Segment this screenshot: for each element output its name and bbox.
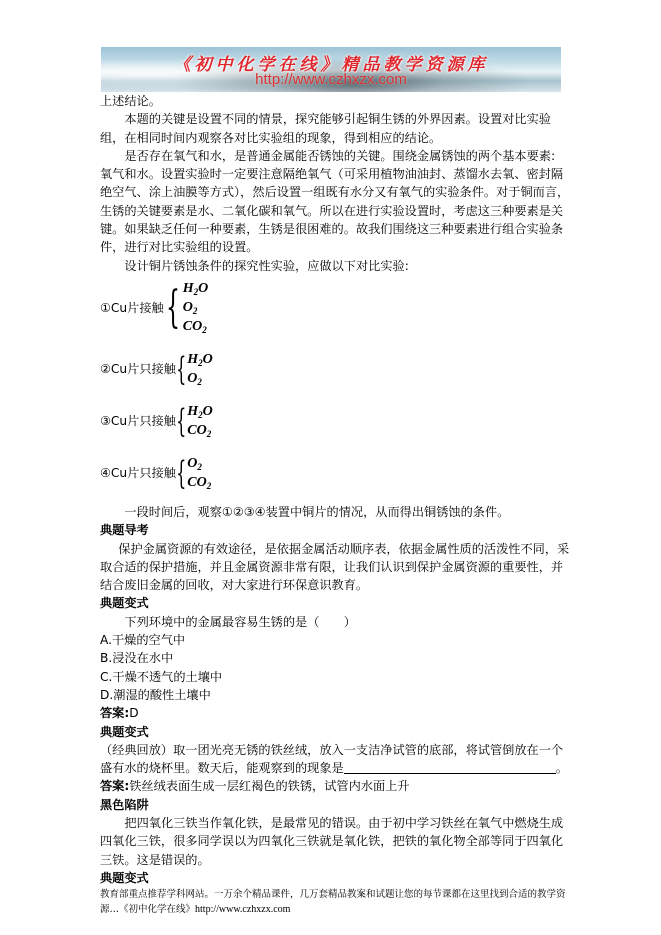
section-heading: 黑色陷阱 xyxy=(100,796,570,814)
chem-list: O2 CO2 xyxy=(187,454,211,492)
site-banner: 《初中化学在线》精品教学资源库 http://www.czhxzx.com xyxy=(101,47,561,92)
question-stem: （经典回放）取一团光亮无锈的铁丝绒，放入一支洁净试管的底部，将试管倒放在一个盛有… xyxy=(100,741,570,778)
paragraph: 上述结论。 xyxy=(100,92,570,110)
paragraph: 设计铜片锈蚀条件的探究性实验，应做以下对比实验: xyxy=(100,257,570,275)
footer-url[interactable]: http://www.czhxzx.com xyxy=(195,904,290,915)
paragraph: 是否存在氧气和水，是普通金属能否锈蚀的关键。围绕金属锈蚀的两个基本要素: 氧气和… xyxy=(100,147,570,257)
document-body: 上述结论。 本题的关键是设置不同的情景，探究能够引起铜生锈的外界因素。设置对比实… xyxy=(100,92,570,917)
experiment-4: ④Cu片只接触 { O2 CO2 xyxy=(100,453,570,493)
answer-value: 铁丝绒表面生成一层红褐色的铁锈，试管内水面上升 xyxy=(129,779,409,793)
chem-formula: H2O xyxy=(187,350,213,369)
chem-formula: H2O xyxy=(183,279,209,298)
section-heading: 典题变式 xyxy=(100,594,570,612)
chem-list: H2O CO2 xyxy=(187,402,213,440)
chem-formula: CO2 xyxy=(183,317,209,336)
chem-formula: O2 xyxy=(183,298,209,317)
chem-list: H2O O2 CO2 xyxy=(183,279,209,336)
answer-line: 答案:铁丝绒表面生成一层红褐色的铁锈，试管内水面上升 xyxy=(100,777,570,795)
chem-formula: CO2 xyxy=(187,473,211,492)
experiment-label: ①Cu片接触 xyxy=(100,299,164,317)
footer-note: 教育部重点推荐学科网站。一万余个精品课件，几万套精品教案和试题让您的每节课都在这… xyxy=(100,887,570,917)
experiment-1: ①Cu片接触 { H2O O2 CO2 xyxy=(100,279,570,337)
chem-formula: O2 xyxy=(187,369,213,388)
paragraph: 保护金属资源的有效途径，是依据金属活动顺序表，依据金属性质的活泼性不同，采取合适… xyxy=(100,540,570,595)
chem-formula: O2 xyxy=(187,454,211,473)
option-c: C.干燥不透气的土壤中 xyxy=(100,668,570,686)
paragraph: 一段时间后，观察①②③④装置中铜片的情况，从而得出铜锈蚀的条件。 xyxy=(100,503,570,521)
answer-label: 答案: xyxy=(100,779,129,793)
answer-blank xyxy=(344,761,556,774)
experiment-3: ③Cu片只接触 { H2O CO2 xyxy=(100,401,570,441)
option-b: B.浸没在水中 xyxy=(100,649,570,667)
paragraph: 本题的关键是设置不同的情景，探究能够引起铜生锈的外界因素。设置对比实验组，在相同… xyxy=(100,110,570,147)
chem-list: H2O O2 xyxy=(187,350,213,388)
left-brace-icon: { xyxy=(166,286,180,330)
left-brace-icon: { xyxy=(176,353,186,385)
banner-url[interactable]: http://www.czhxzx.com xyxy=(101,71,561,88)
question-stem: 下列环境中的金属最容易生锈的是（ ） xyxy=(100,613,570,631)
answer-value: D xyxy=(129,706,138,720)
experiment-label: ③Cu片只接触 xyxy=(100,412,176,430)
option-d: D.潮湿的酸性土壤中 xyxy=(100,686,570,704)
experiment-label: ④Cu片只接触 xyxy=(100,464,176,482)
answer-label: 答案: xyxy=(100,706,129,720)
section-heading: 典题导考 xyxy=(100,521,570,539)
option-a: A.干燥的空气中 xyxy=(100,631,570,649)
paragraph: 把四氧化三铁当作氧化铁，是最常见的错误。由于初中学习铁丝在氧气中燃烧生成四氧化三… xyxy=(100,814,570,869)
experiment-2: ②Cu片只接触 { H2O O2 xyxy=(100,349,570,389)
left-brace-icon: { xyxy=(176,457,186,489)
experiment-label: ②Cu片只接触 xyxy=(100,360,176,378)
section-heading: 典题变式 xyxy=(100,723,570,741)
section-heading: 典题变式 xyxy=(100,869,570,887)
answer-line: 答案:D xyxy=(100,704,570,722)
left-brace-icon: { xyxy=(176,405,186,437)
chem-formula: H2O xyxy=(187,402,213,421)
chem-formula: CO2 xyxy=(187,421,213,440)
